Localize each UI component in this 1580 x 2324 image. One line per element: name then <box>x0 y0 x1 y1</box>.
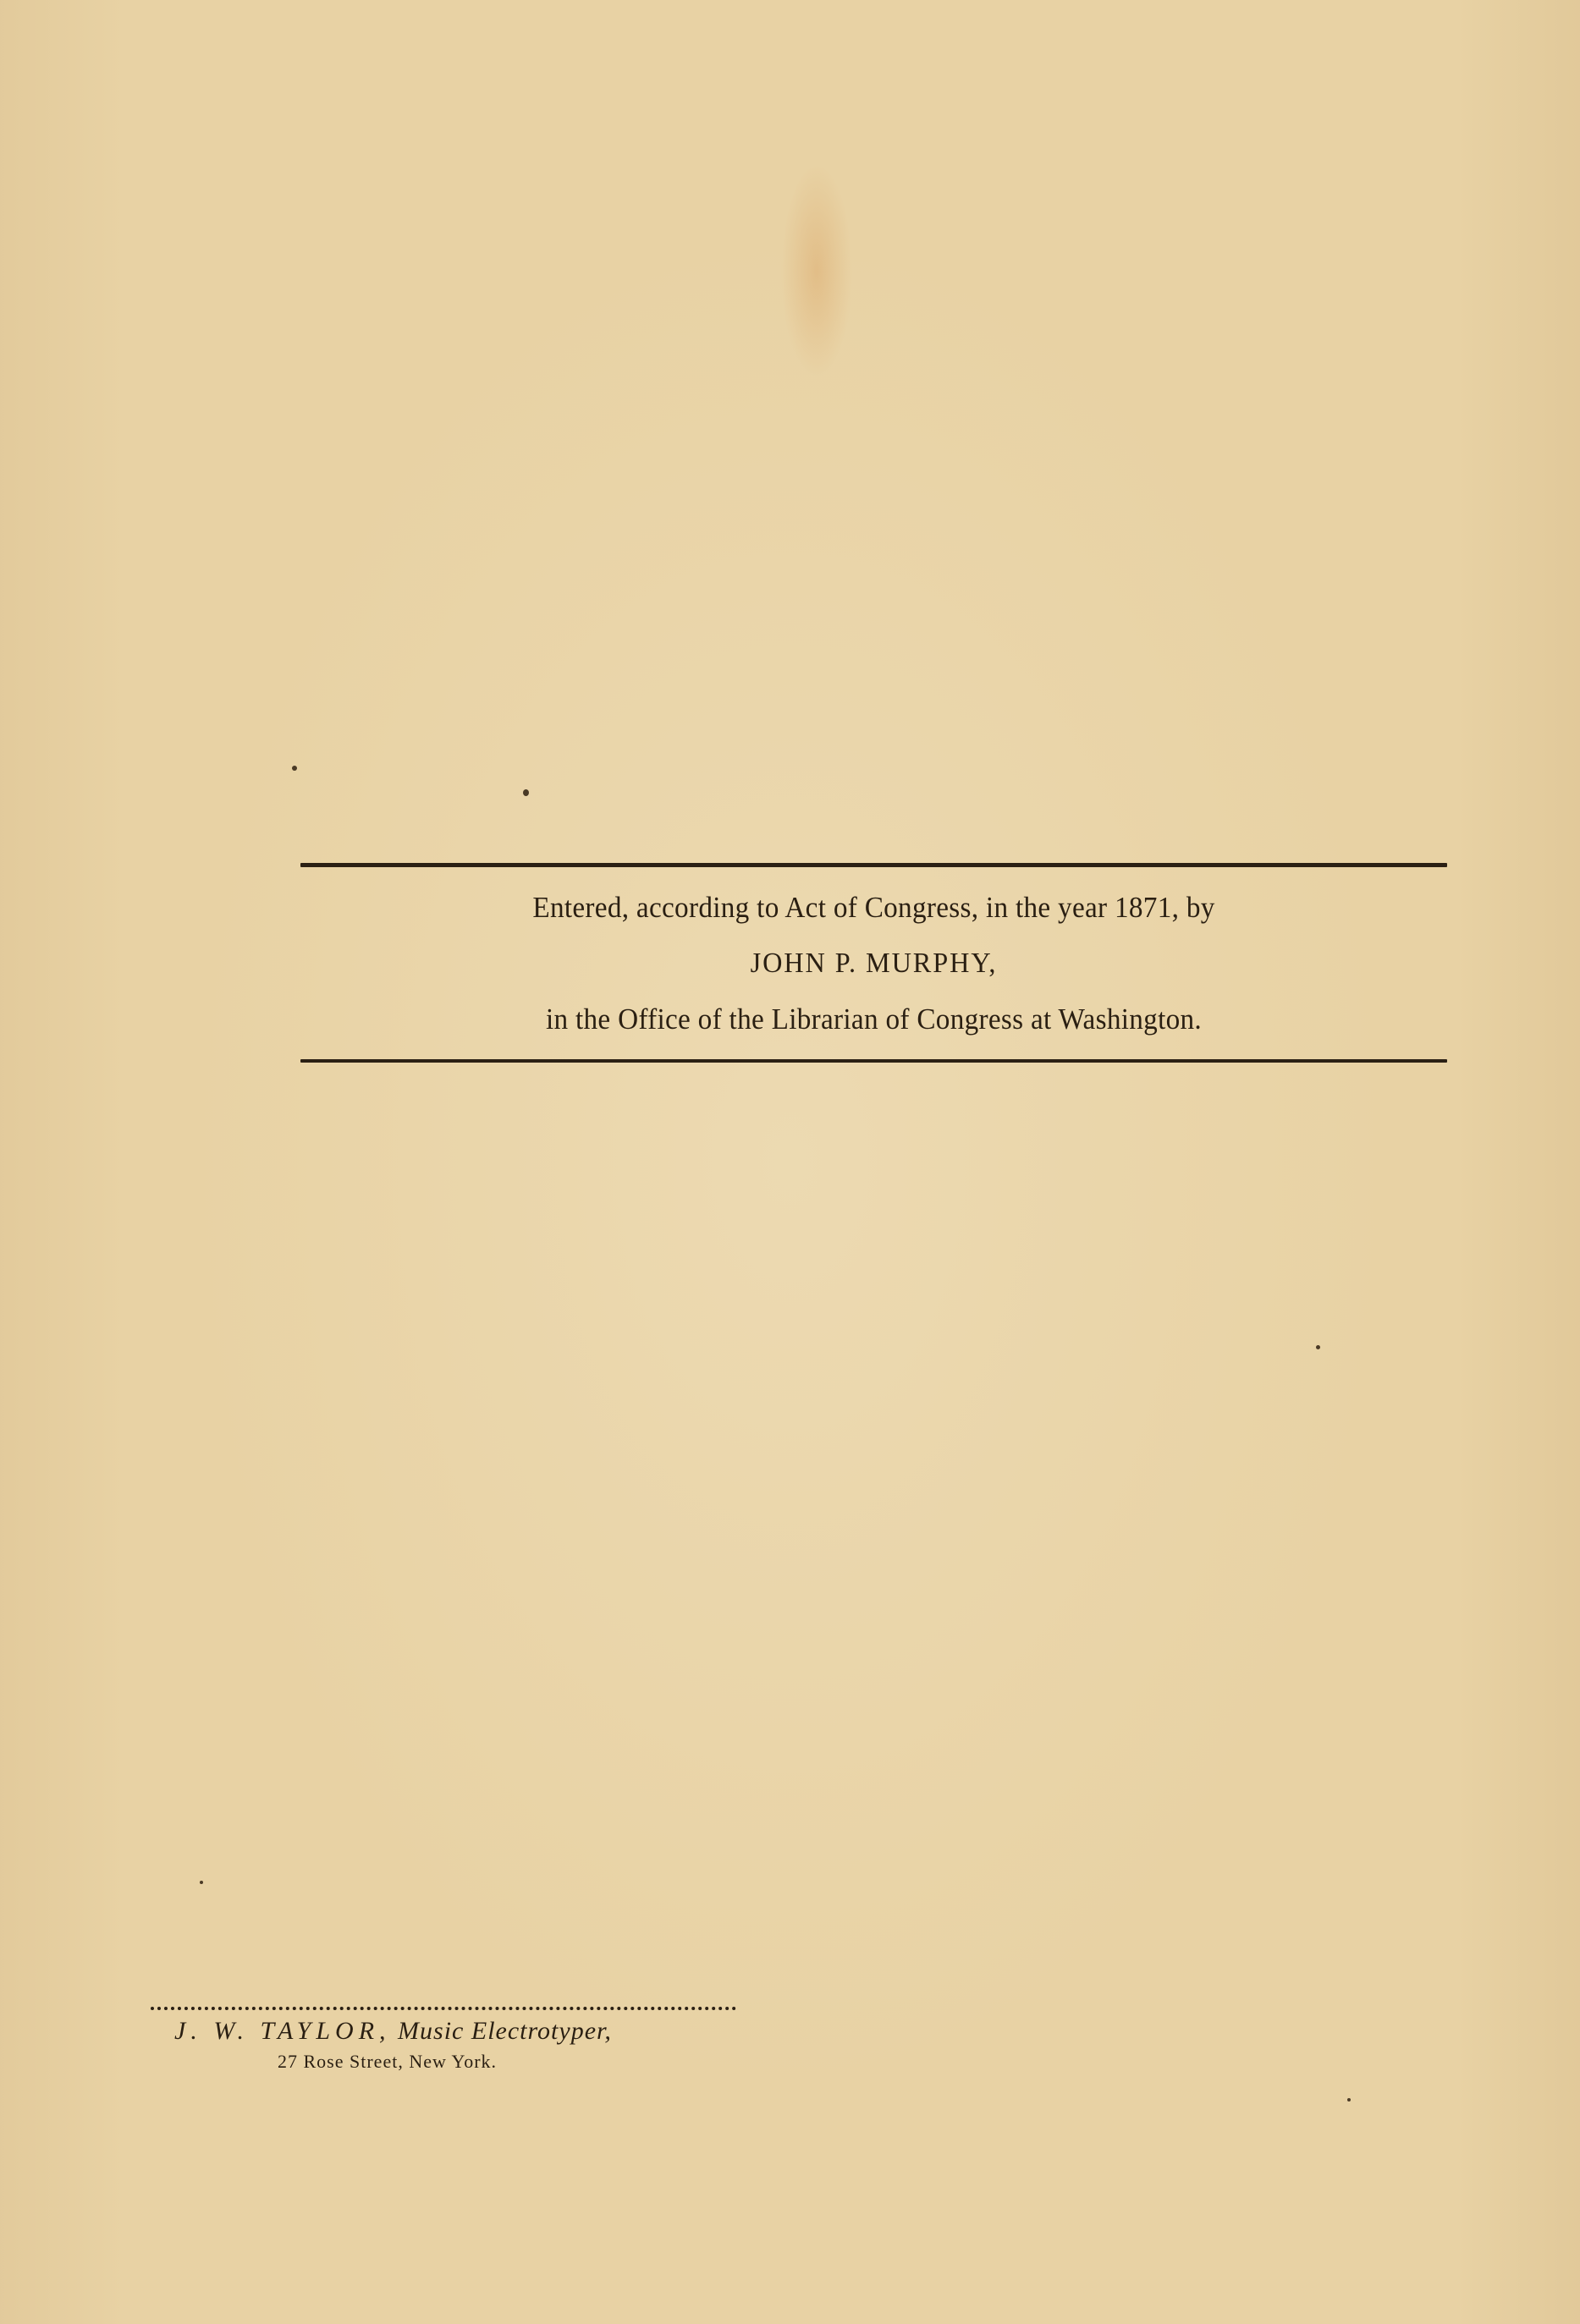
copyright-notice: Entered, according to Act of Congress, i… <box>300 880 1447 1047</box>
printer-address: 27 Rose Street, New York. <box>151 2051 743 2073</box>
bottom-rule-divider <box>300 1059 1447 1063</box>
dotted-rule-divider <box>151 2007 736 2010</box>
ink-speck <box>292 766 297 771</box>
copyright-entry-line: Entered, according to Act of Congress, i… <box>329 880 1418 936</box>
copyright-office-line: in the Office of the Librarian of Congre… <box>329 992 1418 1047</box>
copyright-holder-name: JOHN P. MURPHY, <box>329 936 1418 992</box>
ink-speck <box>1347 2098 1351 2101</box>
printer-trade: Music Electrotyper, <box>391 2017 612 2045</box>
printer-name-line: J. W. TAYLOR, Music Electrotyper, <box>151 2017 743 2046</box>
book-page: Entered, according to Act of Congress, i… <box>0 0 1580 2324</box>
ink-speck <box>200 1881 203 1884</box>
ink-speck <box>523 789 529 796</box>
top-rule-divider <box>300 863 1447 867</box>
printer-imprint: J. W. TAYLOR, Music Electrotyper, 27 Ros… <box>151 2007 743 2073</box>
ink-speck <box>1316 1345 1320 1349</box>
printer-name: J. W. TAYLOR, <box>174 2017 391 2045</box>
